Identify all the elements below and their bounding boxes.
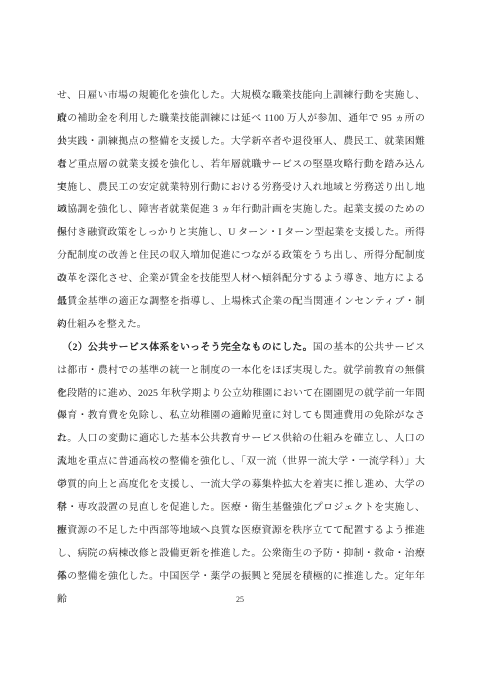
text-line: の質的向上と高度化を支援し、一流大学の募集枠拡大を着実に推し進め、大学の学 [57, 474, 425, 497]
text-line: 療資源の不足した中西部等地域へ良質な医療資源を秩序立てて配置するよう推進 [57, 520, 425, 543]
text-line: 入地を重点に普通高校の整備を強化し、「双一流（世界一流大学・一流学科）」大学 [57, 451, 425, 474]
text-line: 分配制度の改善と住民の収入増加促進につながる政策をうち出し、所得分配制度の [57, 245, 425, 268]
text-line: など重点層の就業支援を強化し、若年層就職サービスの堅塁攻略行動を踏み込んで [57, 154, 425, 177]
text-line: 実施し、農民工の安定就業特別行動における労務受け入れ地域と労務送り出し地域 [57, 177, 425, 200]
text-line: 系の整備を強化した。中国医学・薬学の振興と発展を積極的に推進した。定年年齢 [57, 566, 425, 589]
text-line: 保育・教育費を免除し、私立幼稚園の適齢児童に対しても関連費用の免除がなされ [57, 405, 425, 428]
text-line: た。人口の変動に適応した基本公共教育サービス供給の仕組みを確立し、人口の流 [57, 428, 425, 451]
text-line: の仕組みを整えた。 [57, 314, 425, 337]
section-heading-bold: （2）公共サービス体系をいっそう完全なものにした。 [57, 342, 313, 353]
text-line: 府の補助金を利用した職業技能訓練には延べ 1100 万人が参加、通年で 95 ヵ… [57, 108, 425, 131]
text-line: 低賃金基準の適正な調整を指導し、上場株式企業の配当関連インセンティブ・制約 [57, 291, 425, 314]
text-line: は都市・農村での基準の統一と制度の一本化をほぼ実現した。就学前教育の無償化 [57, 360, 425, 383]
text-line: 科・専攻設置の見直しを促進した。医療・衛生基盤強化プロジェクトを実施し、医 [57, 497, 425, 520]
page-number: 25 [0, 594, 480, 606]
text-line: 改革を深化させ、企業が賃金を技能型人材へ傾斜配分するよう導き、地方による最 [57, 268, 425, 291]
text-line: を段階的に進め、2025 年秋学期より公立幼稚園において在園園児の就学前一年間の [57, 383, 425, 406]
text-line: 共実践・訓練拠点の整備を支援した。大学新卒者や退役軍人、農民工、就業困難者 [57, 131, 425, 154]
page-body: せ、日雇い市場の規範化を強化した。大規模な職業技能向上訓練行動を実施し、政 府の… [57, 85, 425, 589]
section-heading-line: （2）公共サービス体系をいっそう完全なものにした。国の基本的公共サービス [57, 337, 425, 360]
text-line: せ、日雇い市場の規範化を強化した。大規模な職業技能向上訓練行動を実施し、政 [57, 85, 425, 108]
section-heading-rest: 国の基本的公共サービス [313, 342, 425, 353]
text-line: し、病院の病棟改修と設備更新を推進した。公衆衛生の予防・抑制・救命・治療体 [57, 543, 425, 566]
text-line: の協調を強化し、障害者就業促進 3 ヵ年行動計画を実施した。起業支援のための担 [57, 199, 425, 222]
document-page: せ、日雇い市場の規範化を強化した。大規模な職業技能向上訓練行動を実施し、政 府の… [0, 0, 480, 679]
text-line: 保付き融資政策をしっかりと実施し、U ターン・I ターン型起業を支援した。所得 [57, 222, 425, 245]
